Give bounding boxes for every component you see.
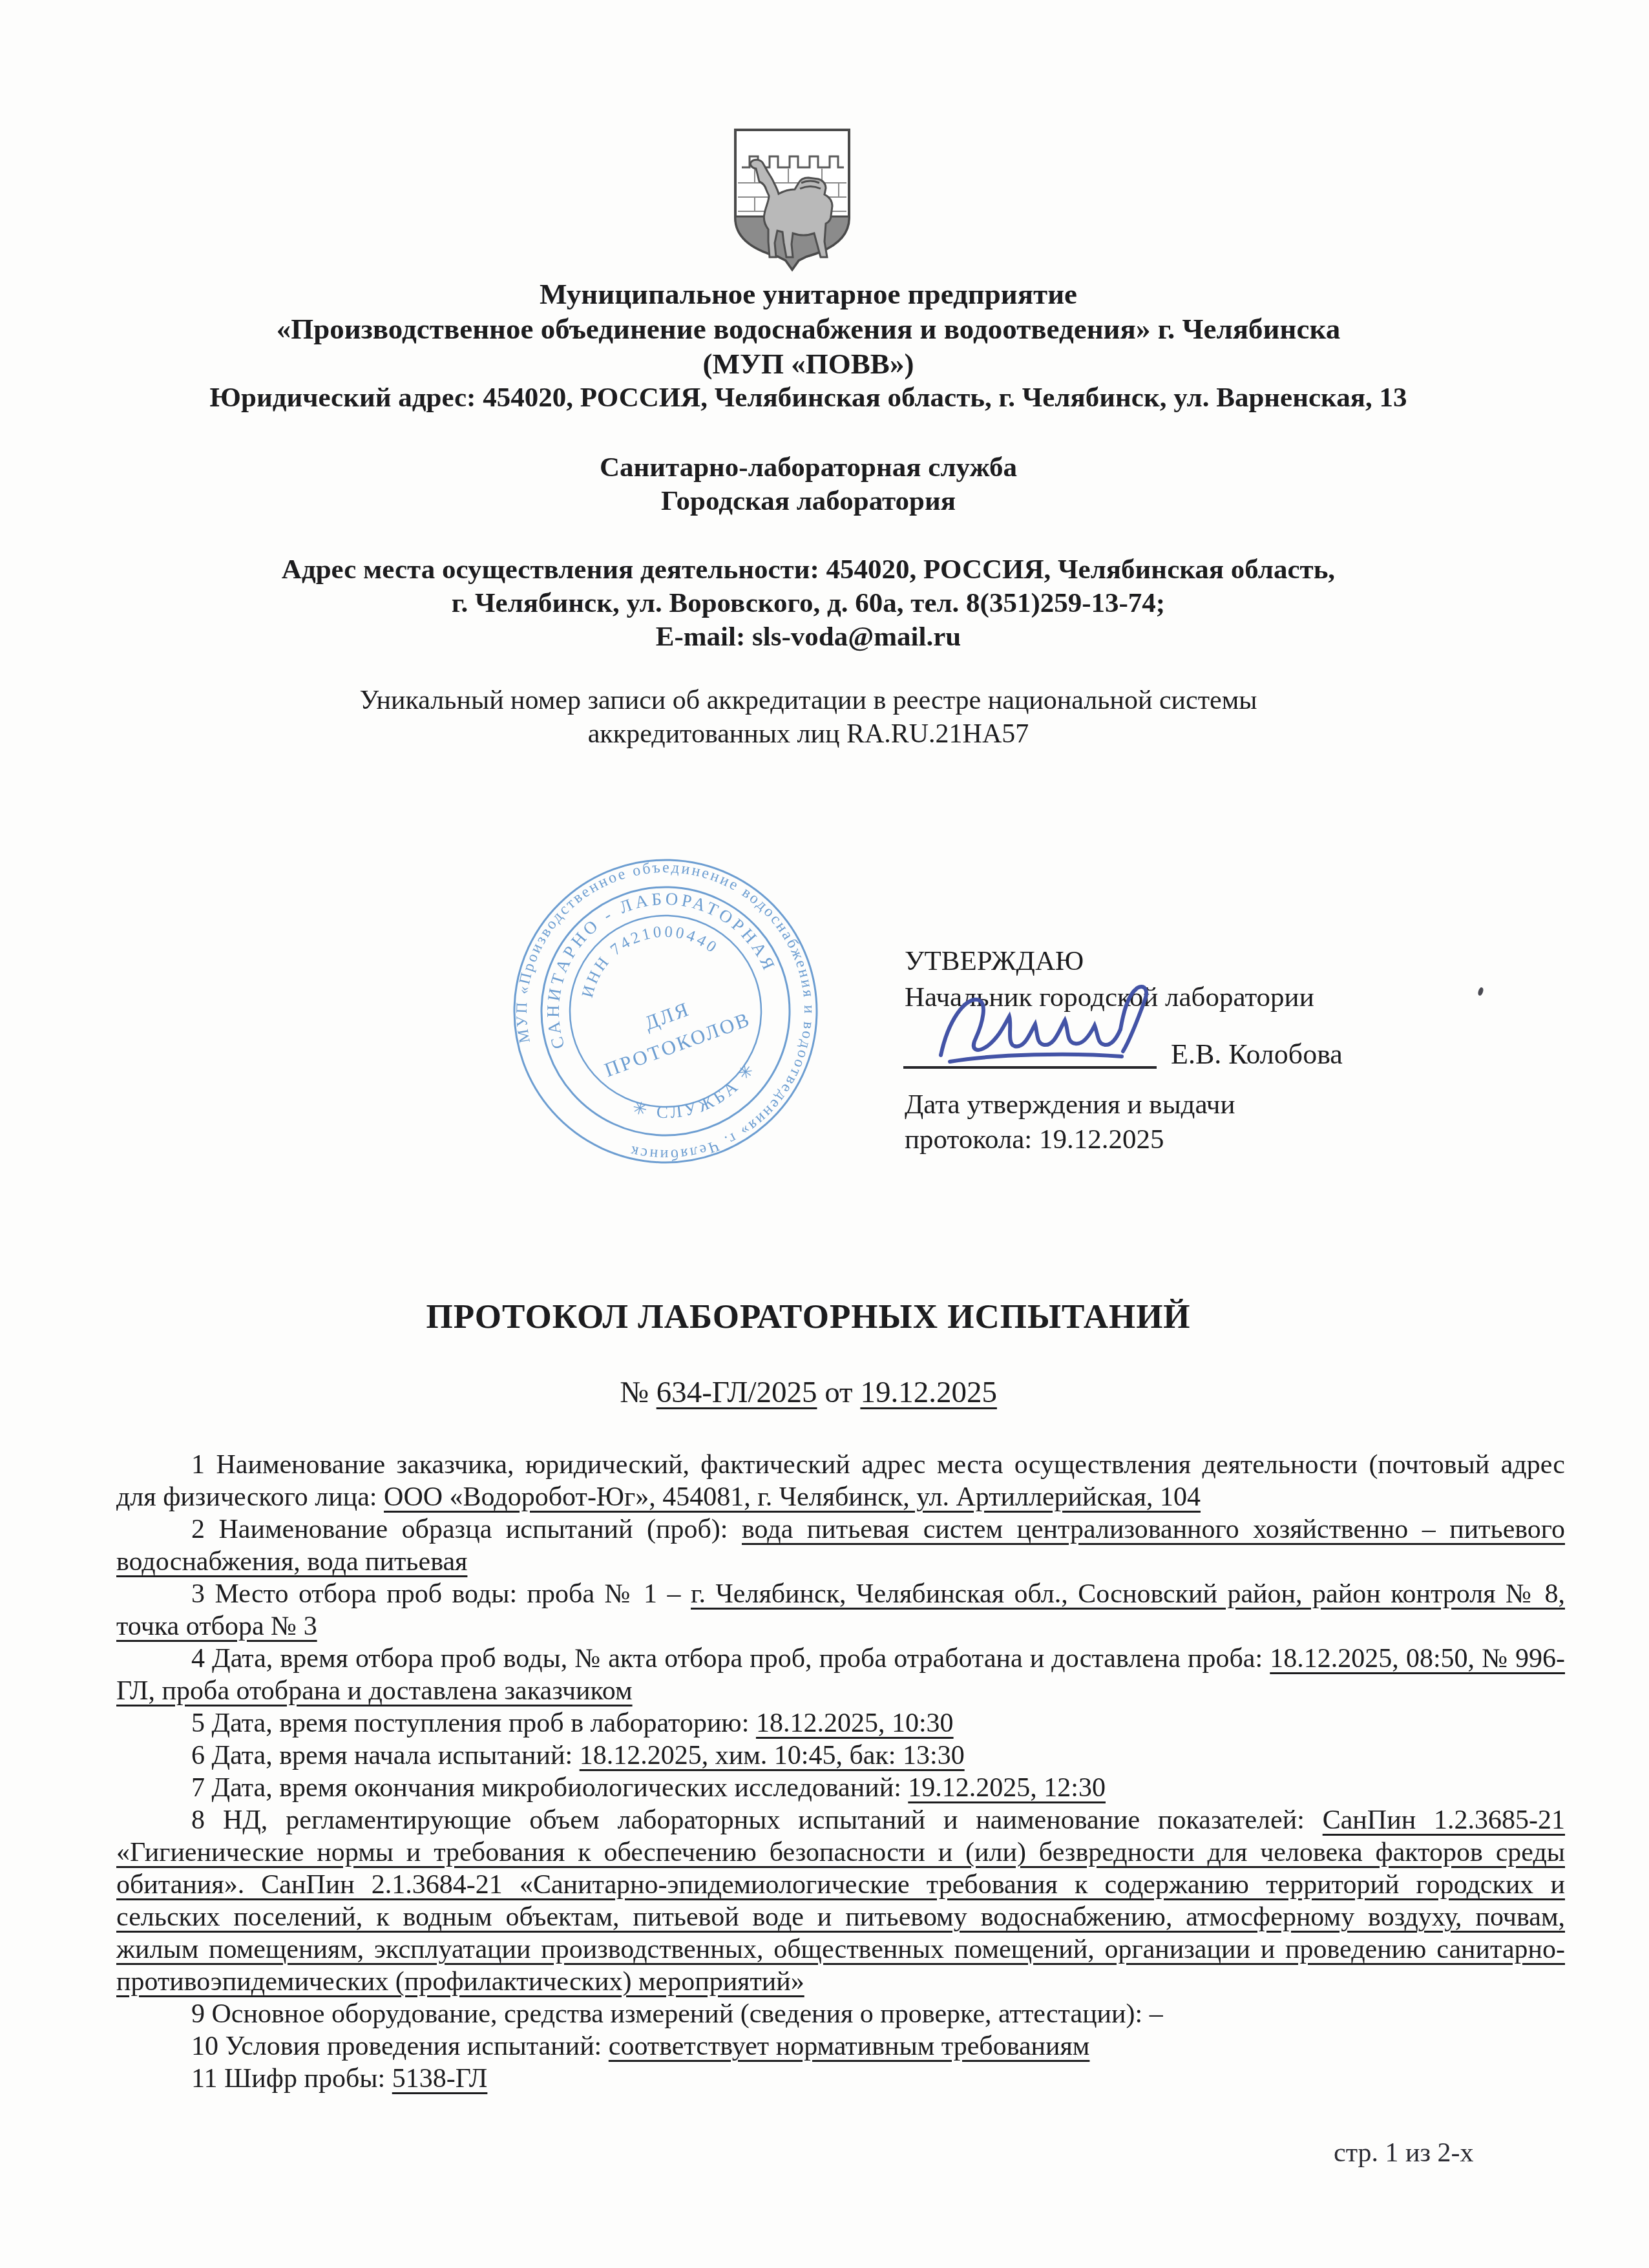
protocol-item: 6 Дата, время начала испытаний: 18.12.20… xyxy=(116,1739,1565,1772)
item-label: 7 Дата, время окончания микробиологическ… xyxy=(191,1773,908,1803)
item-label: 8 НД, регламентирующие объем лабораторны… xyxy=(191,1805,1323,1835)
item-label: 4 Дата, время отбора проб воды, № акта о… xyxy=(191,1644,1270,1674)
item-value-underlined: ООО «Водоробот-Юг», 454081, г. Челябинск… xyxy=(384,1482,1201,1512)
legal-address: Юридический адрес: 454020, РОССИЯ, Челяб… xyxy=(56,381,1561,415)
protocol-title: ПРОТОКОЛ ЛАБОРАТОРНЫХ ИСПЫТАНИЙ xyxy=(56,1297,1561,1336)
protocol-page: Муниципальное унитарное предприятие «Про… xyxy=(0,0,1649,2268)
activity-address-block: Адрес места осуществления деятельности: … xyxy=(56,553,1561,654)
approval-date-line-2: протокола: 19.12.2025 xyxy=(905,1123,1164,1157)
org-short-name: (МУП «ПОВВ») xyxy=(56,346,1561,381)
item-label: 2 Наименование образца испытаний (проб): xyxy=(191,1515,742,1544)
org-header: Муниципальное унитарное предприятие «Про… xyxy=(56,277,1561,415)
signature-line xyxy=(903,1066,1157,1069)
protocol-item: 4 Дата, время отбора проб воды, № акта о… xyxy=(116,1643,1565,1707)
item-value-underlined: 19.12.2025, 12:30 xyxy=(908,1773,1106,1803)
approve-heading: УТВЕРЖДАЮ xyxy=(905,945,1084,978)
item-label: 10 Условия проведения испытаний: xyxy=(191,2032,609,2061)
coat-of-arms-chelyabinsk xyxy=(729,126,856,273)
protocol-items: 1 Наименование заказчика, юридический, ф… xyxy=(116,1449,1565,2095)
protocol-item: 2 Наименование образца испытаний (проб):… xyxy=(116,1513,1565,1578)
protocol-item: 8 НД, регламентирующие объем лабораторны… xyxy=(116,1804,1565,1998)
approval-date-line-1: Дата утверждения и выдачи xyxy=(905,1088,1235,1122)
item-label: 5 Дата, время поступления проб в лаборат… xyxy=(191,1708,756,1738)
item-value-underlined: соответствует нормативным требованиям xyxy=(609,2032,1090,2061)
protocol-item: 3 Место отбора проб воды: проба № 1 – г.… xyxy=(116,1578,1565,1643)
item-value-underlined: 18.12.2025, хим. 10:45, бак: 13:30 xyxy=(580,1741,965,1770)
accreditation-block: Уникальный номер записи об аккредитации … xyxy=(56,684,1561,751)
protocol-item: 5 Дата, время поступления проб в лаборат… xyxy=(116,1707,1565,1739)
stamp-center-line-1: ДЛЯ xyxy=(642,997,693,1034)
protocol-item: 10 Условия проведения испытаний: соответ… xyxy=(116,2030,1565,2063)
item-value-underlined: 5138-ГЛ xyxy=(392,2064,488,2094)
item-label: 3 Место отбора проб воды: проба № 1 – xyxy=(191,1579,691,1609)
item-label: 11 Шифр пробы: xyxy=(191,2064,392,2094)
item-label: 9 Основное оборудование, средства измере… xyxy=(191,1999,1163,2029)
accreditation-line-2: аккредитованных лиц RA.RU.21НА57 xyxy=(56,717,1561,751)
division-name: Санитарно-лабораторная служба xyxy=(56,451,1561,485)
approver-name: Е.В. Колобова xyxy=(1171,1038,1343,1071)
item-label: 6 Дата, время начала испытаний: xyxy=(191,1741,580,1770)
org-name-line-1: Муниципальное унитарное предприятие xyxy=(56,277,1561,311)
email-line: E-mail: sls-voda@mail.ru xyxy=(56,620,1561,654)
protocol-number: 634-ГЛ/2025 xyxy=(656,1376,817,1409)
item-value-underlined: 18.12.2025, 10:30 xyxy=(756,1708,954,1738)
protocol-number-prefix: № xyxy=(620,1376,656,1409)
protocol-item: 7 Дата, время окончания микробиологическ… xyxy=(116,1772,1565,1804)
page-footer: стр. 1 из 2-х xyxy=(1334,2137,1474,2168)
division-block: Санитарно-лабораторная служба Городская … xyxy=(56,451,1561,518)
protocol-item: 9 Основное оборудование, средства измере… xyxy=(116,1998,1565,2030)
scan-artifact xyxy=(1477,987,1484,996)
protocol-item: 1 Наименование заказчика, юридический, ф… xyxy=(116,1449,1565,1513)
activity-address-line-1: Адрес места осуществления деятельности: … xyxy=(56,553,1561,587)
protocol-of-word: от xyxy=(817,1376,860,1409)
laboratory-name: Городская лаборатория xyxy=(56,485,1561,518)
protocol-item: 11 Шифр пробы: 5138-ГЛ xyxy=(116,2063,1565,2095)
lab-round-stamp: МУП «Производственное объединение водосн… xyxy=(510,856,821,1166)
activity-address-line-2: г. Челябинск, ул. Воровского, д. 60а, те… xyxy=(56,587,1561,620)
accreditation-line-1: Уникальный номер записи об аккредитации … xyxy=(56,684,1561,717)
org-name-line-2: «Производственное объединение водоснабже… xyxy=(56,311,1561,346)
protocol-date: 19.12.2025 xyxy=(860,1376,997,1409)
protocol-number-line: № 634-ГЛ/2025 от 19.12.2025 xyxy=(56,1375,1561,1410)
